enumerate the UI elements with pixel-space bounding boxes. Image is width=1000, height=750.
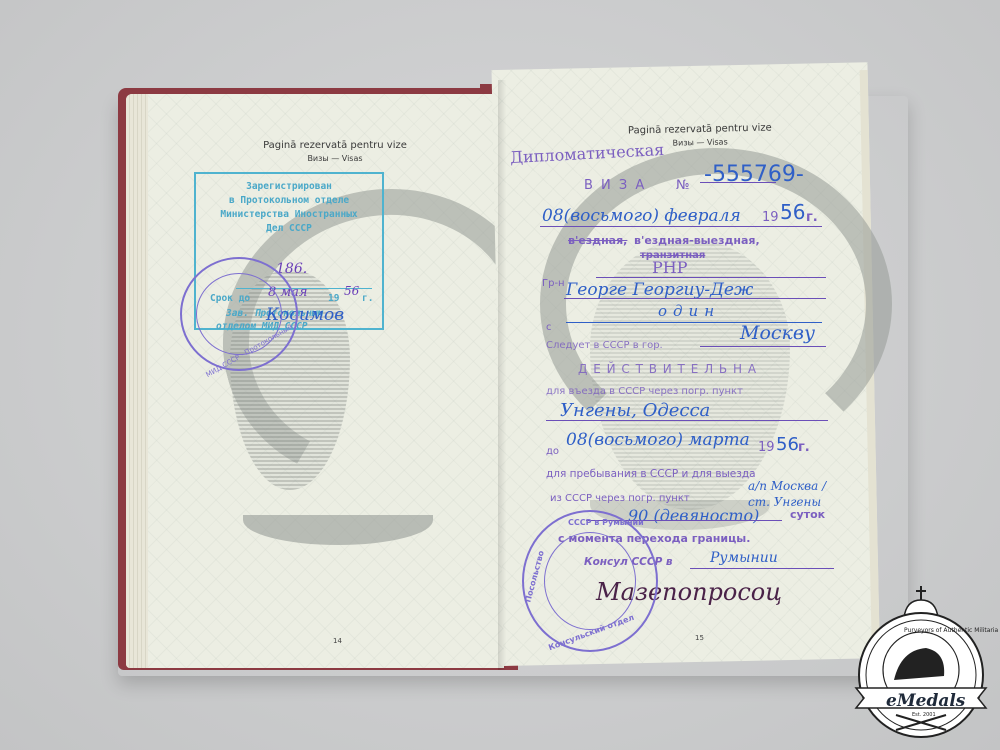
page-number-right: 15 bbox=[695, 634, 704, 642]
stay-duration: 90 (девяносто) bbox=[628, 506, 759, 525]
exit-point: а/п Москва / ст. Унгены bbox=[748, 478, 848, 510]
embassy-round-stamp: СССР в Румынии Посольство Консульский от… bbox=[522, 510, 658, 652]
holder-name: Георге Георгиу-Деж bbox=[566, 280, 753, 300]
valid-until: 08(восьмого) марта bbox=[566, 430, 750, 450]
issue-date: 08(восьмого) февраля bbox=[542, 206, 741, 226]
consul-country: Румынии bbox=[710, 550, 778, 566]
book-gutter bbox=[498, 80, 510, 670]
visa-number: -555769- bbox=[704, 162, 804, 187]
page-number-left: 14 bbox=[333, 637, 342, 645]
citizenship: РНР bbox=[652, 258, 687, 277]
emedals-watermark-logo: eMedals Purveyors of Authentic Militaria… bbox=[846, 580, 996, 745]
destination-city: Москву bbox=[740, 322, 815, 344]
entry-type-selected: в'ездная-выездная, bbox=[634, 234, 760, 247]
entry-type-struck: в'ездная, bbox=[568, 234, 627, 247]
left-page-header: Paginā rezervatā pentru vize Визы — Visa… bbox=[230, 140, 440, 163]
entry-point: Унгены, Одесса bbox=[560, 400, 710, 421]
validity-heading: Д Е Й С Т В И Т Е Л Ь Н А bbox=[578, 362, 757, 376]
companions: один bbox=[658, 302, 720, 320]
mfa-round-stamp: МИД СССР · Протокольный bbox=[180, 257, 298, 371]
visa-label: В И З А bbox=[584, 178, 646, 193]
emedals-crest-icon bbox=[846, 580, 996, 745]
page-edges bbox=[126, 94, 148, 668]
